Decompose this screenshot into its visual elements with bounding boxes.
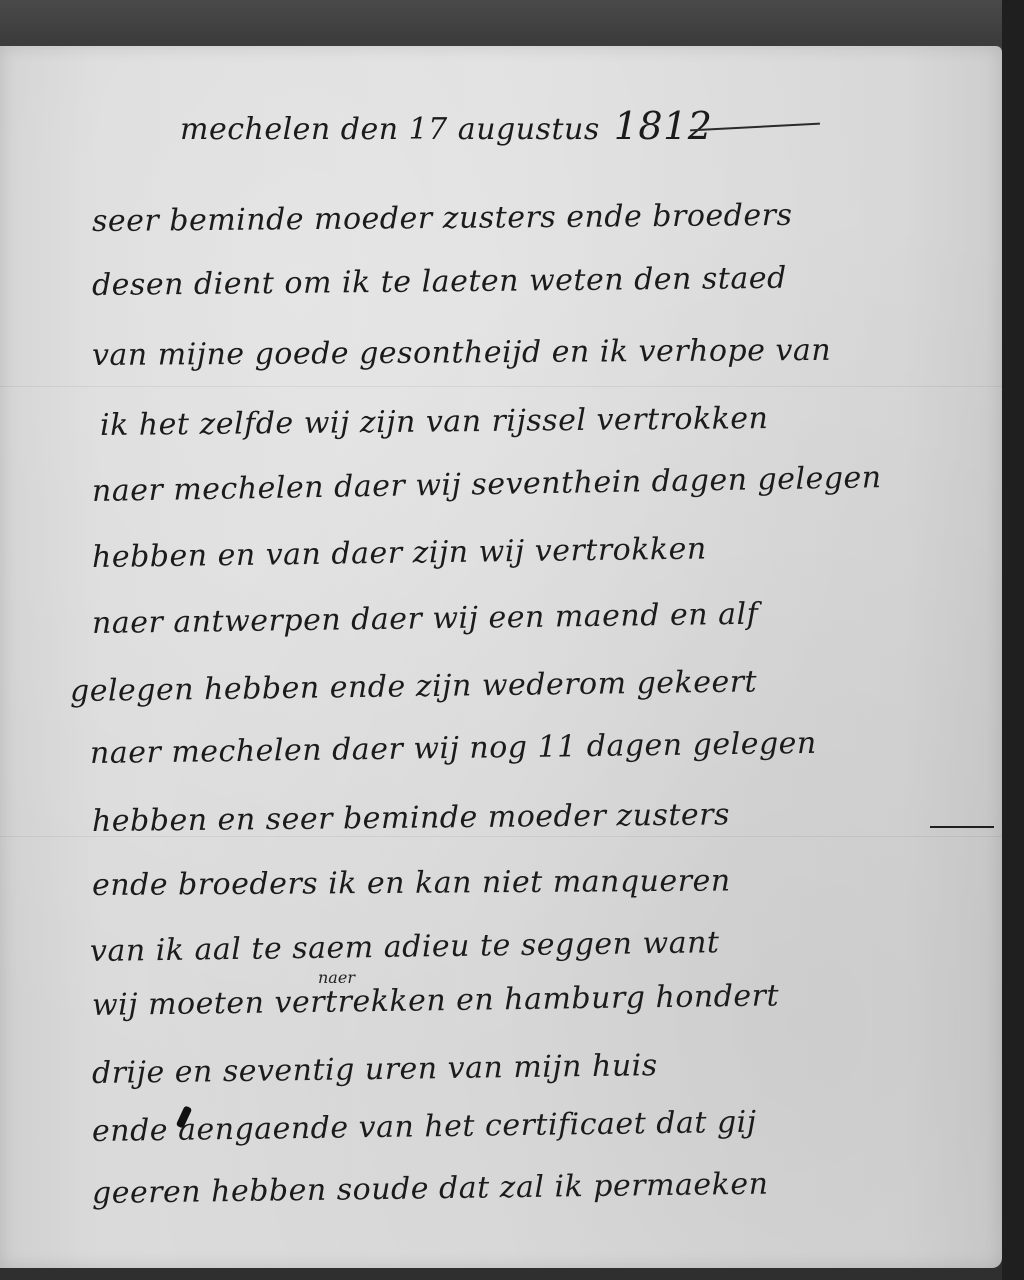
letter-line: van mijne goede gesontheijd en ik verhop… bbox=[92, 333, 831, 373]
letter-line: van ik aal te saem adieu te seggen want bbox=[90, 925, 720, 969]
letter-line: hebben en seer beminde moeder zusters bbox=[92, 797, 730, 839]
place-date: mechelen den 17 augustus bbox=[180, 112, 600, 147]
letter-line: gelegen hebben ende zijn wederom gekeert bbox=[70, 664, 758, 709]
letter-line: naer mechelen daer wij nog 11 dagen gele… bbox=[90, 726, 817, 771]
letter-line: geeren hebben soude dat zal ik permaeken bbox=[92, 1167, 769, 1211]
letter-line: ende aengaende van het certificaet dat g… bbox=[92, 1105, 757, 1149]
paper-crease bbox=[0, 386, 1002, 387]
letter-line: ende broeders ik en kan niet manqueren bbox=[92, 864, 731, 903]
struck-word bbox=[930, 826, 994, 828]
letter-line: desen dient om ik te laeten weten den st… bbox=[92, 261, 787, 303]
letter-year: 1812 bbox=[614, 104, 713, 148]
letter-line: hebben en van daer zijn wij vertrokken bbox=[92, 531, 707, 575]
letter-page: mechelen den 17 augustus1812 seer bemind… bbox=[0, 46, 1002, 1268]
letter-line: ik het zelfde wij zijn van rijssel vertr… bbox=[100, 401, 769, 443]
letter-dateline: mechelen den 17 augustus1812 bbox=[180, 104, 712, 148]
letter-line: naer mechelen daer wij seventhein dagen … bbox=[92, 460, 882, 509]
letter-line: drije en seventig uren van mijn huis bbox=[92, 1048, 658, 1091]
letter-line: seer beminde moeder zusters ende broeder… bbox=[92, 198, 793, 239]
letter-line: naer antwerpen daer wij een maend en alf bbox=[92, 597, 759, 641]
letter-line: wij moeten vertrekken en hamburg hondert bbox=[92, 978, 780, 1023]
scan-right-border bbox=[1002, 0, 1024, 1280]
